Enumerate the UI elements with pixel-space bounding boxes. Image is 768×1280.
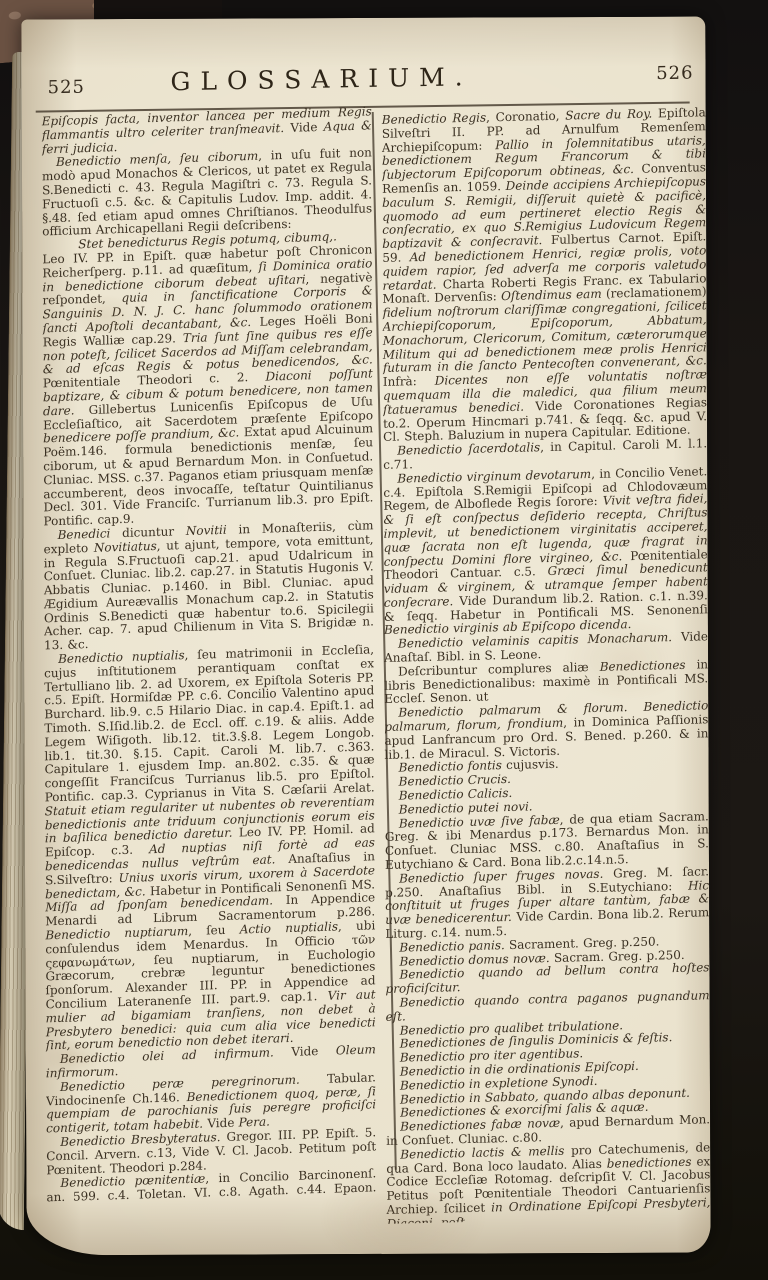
- text-segment: cujusvis.: [502, 757, 559, 772]
- text-segment: Vide: [203, 1116, 239, 1131]
- left-column-text: Epiſcopis facta, inventor lancea per med…: [42, 105, 377, 1205]
- text-segment: Vide: [284, 120, 324, 135]
- paragraph: Benedictio lactis & mellis pro Catechume…: [386, 1141, 710, 1224]
- paragraph: Benedictio menſa, ſeu ciborum, in uſu fu…: [42, 147, 372, 240]
- right-column-text: Benedictio Regis, Coronatio, Sacre du Ro…: [382, 106, 711, 1224]
- italic-text-segment: fidelium noſtrorum clariſſimæ congregati…: [383, 298, 707, 375]
- paragraph: Benedictio Regis, Coronatio, Sacre du Ro…: [382, 106, 707, 445]
- italic-text-segment: Benedictio ſacerdotalis: [397, 440, 540, 457]
- paragraph: Benedici dicuntur Novitii in Monaſteriis…: [44, 519, 375, 653]
- photo-background: 525 GLOSSARIUM. 526 Epiſcopis facta, inv…: [0, 0, 768, 1280]
- text-segment: Infrà:: [383, 374, 435, 389]
- paragraph: Benedictio virginum devotarum, in Concil…: [383, 465, 708, 638]
- italic-text-segment: Pera.: [239, 1115, 270, 1130]
- page-number-left: 525: [48, 77, 85, 99]
- page-title: GLOSSARIUM.: [82, 61, 562, 98]
- left-column: Epiſcopis facta, inventor lancea per med…: [42, 105, 377, 1205]
- text-segment: ,: [433, 1215, 441, 1224]
- text-segment: , ſeu matrimonii in Eccleſia, cujus inſt…: [44, 642, 375, 804]
- paragraph: Benedictio nuptialis, ſeu matrimonii in …: [44, 643, 376, 1053]
- italic-text-segment: poſt: [441, 1215, 465, 1224]
- paragraph: Leo IV. PP. in Epiſt. quæ habetur poſt C…: [42, 243, 373, 529]
- book-page: 525 GLOSSARIUM. 526 Epiſcopis facta, inv…: [21, 17, 710, 1256]
- page-number-right: 526: [656, 63, 693, 85]
- text-segment: Vide: [274, 1044, 336, 1060]
- paragraph: Benedictio uvæ ſive fabæ, de qua etiam S…: [385, 810, 709, 873]
- paragraph: Benedictio palmarum & florum. Benedictio…: [384, 700, 708, 763]
- paragraph: Benedictio ſuper fruges novas. Greg. M. …: [385, 865, 709, 942]
- right-column: Benedictio Regis, Coronatio, Sacre du Ro…: [382, 106, 711, 1224]
